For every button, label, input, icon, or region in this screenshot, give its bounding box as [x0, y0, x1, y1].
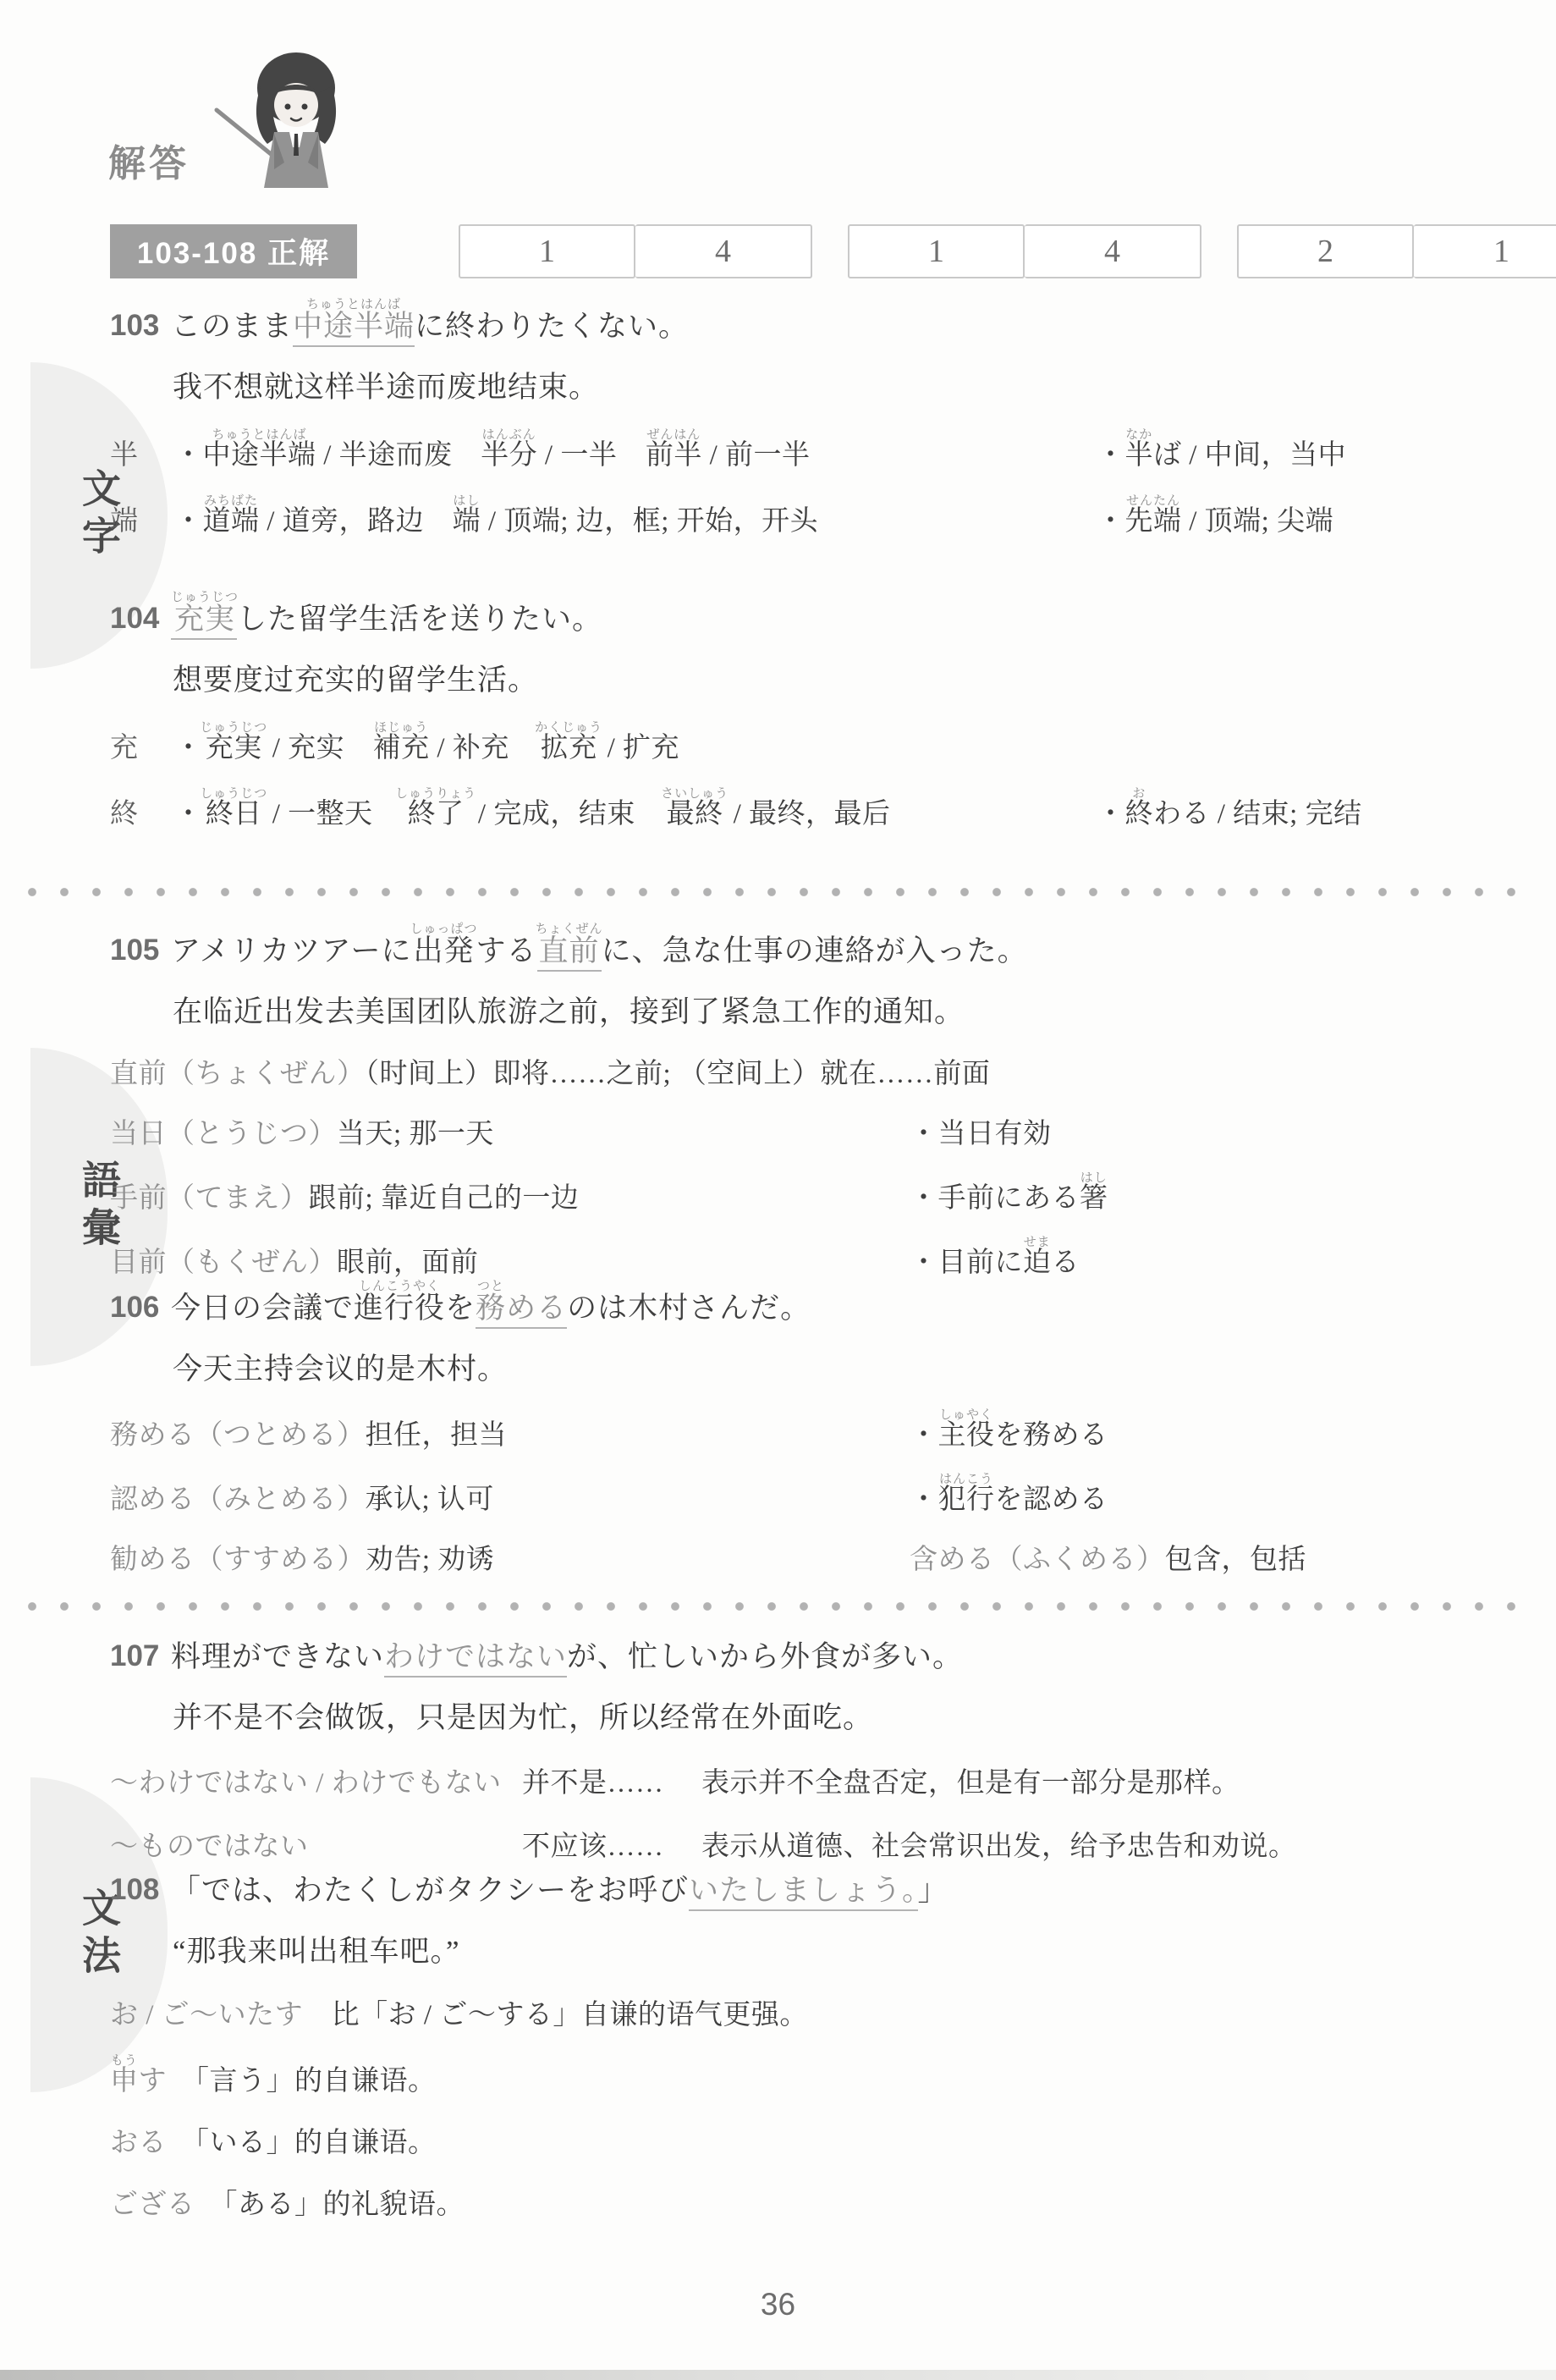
- answer-group-1: 1 4: [459, 224, 812, 278]
- grammar-note: ござる 「ある」的礼貌语。: [110, 2182, 465, 2222]
- vocab-example: ・主役しゅやくを務める: [910, 1408, 1531, 1452]
- question-number: 106: [110, 1291, 171, 1327]
- grammar-explanation: 表示并不全盘否定，但是有一部分是那样。: [701, 1760, 1531, 1800]
- page-number: 36: [0, 2287, 1556, 2322]
- chinese-translation: 今天主持会议的是木村。: [173, 1346, 1531, 1388]
- chinese-translation: 并不是不会做饭，只是因为忙，所以经常在外面吃。: [173, 1694, 1531, 1737]
- question-106: 106 今日の会議で進行役しんこうやくを務つとめるのは木村さんだ。 今天主持会议…: [110, 1280, 1531, 1577]
- vocab-example: ・犯行はんこうを認める: [910, 1473, 1531, 1517]
- vocab-definition: 当日（とうじつ）当天; 那一天: [110, 1111, 910, 1151]
- vocab-definition: 含める（ふくめる）包含，包括: [910, 1537, 1531, 1577]
- chinese-translation: 在临近出发去美国团队旅游之前，接到了紧急工作的通知。: [173, 989, 1531, 1031]
- question-number: 104: [110, 602, 171, 638]
- chinese-translation: “那我来叫出租车吧。”: [173, 1928, 1531, 1970]
- grammar-note: お / ご～いたす 比「お / ご～する」自谦的语气更强。: [110, 1992, 808, 2032]
- kanji-row: 充 ・充実じゅうじつ / 充实 補充ほじゅう / 补充 拡充かくじゅう / 扩充: [110, 721, 1531, 765]
- question-number: 107: [110, 1639, 171, 1676]
- vocab-row: 勧める（すすめる）劝告; 劝诱 含める（ふくめる）包含，包括: [110, 1537, 1531, 1577]
- vocab-example: ・目前に迫せまる: [910, 1236, 1531, 1280]
- grammar-meaning: 不应该……: [522, 1824, 701, 1864]
- grammar-row: ～ものではない 不应该…… 表示从道德、社会常识出发，给予忠告和劝说。: [110, 1824, 1531, 1864]
- grammar-meaning: 并不是……: [522, 1760, 701, 1800]
- vocab-definition: 目前（もくぜん）眼前，面前: [110, 1240, 910, 1280]
- grammar-row: ～わけではない / わけでもない 并不是…… 表示并不全盘否定，但是有一部分是那…: [110, 1760, 1531, 1800]
- japanese-sentence: アメリカツアーに出発しゅっぱつする直前ちょくぜんに、急な仕事の連絡が入った。: [171, 923, 1028, 970]
- answer-cell: 2: [1237, 224, 1414, 278]
- answer-key-strip: 103-108 正解 1 4 1 4 2 1: [110, 224, 1556, 278]
- kanji-examples: ・先端せんたん / 顶端; 尖端: [1097, 494, 1531, 538]
- answer-cell: 4: [1025, 224, 1201, 278]
- chinese-translation: 我不想就这样半途而废地结束。: [173, 364, 1531, 406]
- vocab-definition: 直前（ちょくぜん）（时间上）即将……之前; （空间上）就在……前面: [110, 1051, 1531, 1091]
- scan-edge: [0, 2370, 1556, 2380]
- kanji-row: 半 ・中途半端ちゅうとはんば / 半途而废 半分はんぶん / 一半 前半ぜんはん…: [110, 428, 1531, 472]
- question-number: 103: [110, 309, 171, 345]
- question-104: 104 充実じゅうじつした留学生活を送りたい。 想要度过充实的留学生活。 充 ・…: [110, 591, 1531, 831]
- textbook-answer-page: 文字 語彙 文法 解答 103-108 正解 1 4: [0, 0, 1556, 2380]
- answer-range-badge: 103-108 正解: [110, 224, 357, 278]
- answer-cell: 4: [635, 224, 812, 278]
- answer-group-2: 1 4: [848, 224, 1201, 278]
- kanji-examples: ・道端みちばた / 道旁，路边 端はし / 顶端; 边，框; 开始，开头: [174, 494, 1097, 538]
- japanese-sentence: 充実じゅうじつした留学生活を送りたい。: [171, 591, 602, 638]
- vocab-row: 手前（てまえ）跟前; 靠近自己的一边 ・手前にある箸はし: [110, 1171, 1531, 1215]
- kanji-label: 端: [110, 499, 174, 538]
- kanji-examples: ・半なかば / 中间，当中: [1097, 428, 1531, 472]
- grammar-row: 申もうす 「言う」的自谦语。: [110, 2054, 1531, 2098]
- japanese-sentence: 「では、わたくしがタクシーをお呼びいたしましょう。」: [171, 1872, 948, 1909]
- kanji-label: 充: [110, 725, 174, 765]
- grammar-explanation: 表示从道德、社会常识出发，给予忠告和劝说。: [701, 1824, 1531, 1864]
- question-number: 108: [110, 1873, 171, 1909]
- kanji-label: 終: [110, 791, 174, 831]
- grammar-row: ござる 「ある」的礼貌语。: [110, 2182, 1531, 2222]
- kanji-examples: ・終日しゅうじつ / 一整天 終了しゅうりょう / 完成，结束 最終さいしゅう …: [174, 787, 1097, 831]
- vocab-row: 直前（ちょくぜん）（时间上）即将……之前; （空间上）就在……前面: [110, 1051, 1531, 1091]
- vocab-definition: 認める（みとめる）承认; 认可: [110, 1477, 910, 1517]
- kanji-row: 端 ・道端みちばた / 道旁，路边 端はし / 顶端; 边，框; 开始，开头 ・…: [110, 494, 1531, 538]
- question-number: 105: [110, 934, 171, 970]
- dotted-divider: [27, 887, 1529, 898]
- question-108: 108 「では、わたくしがタクシーをお呼びいたしましょう。」 “那我来叫出租车吧…: [110, 1872, 1531, 2222]
- teacher-illustration: [201, 44, 354, 192]
- answer-group-3: 2 1: [1237, 224, 1556, 278]
- answer-cell: 1: [459, 224, 635, 278]
- page-header: 解答: [108, 44, 354, 192]
- grammar-pattern: ～わけではない / わけでもない: [110, 1760, 522, 1800]
- japanese-sentence: 料理ができないわけではないが、忙しいから外食が多い。: [171, 1639, 963, 1676]
- vocab-definition: 手前（てまえ）跟前; 靠近自己的一边: [110, 1176, 910, 1215]
- grammar-note: 申もうす 「言う」的自谦语。: [110, 2054, 437, 2098]
- answer-section-title: 解答: [108, 133, 190, 192]
- kanji-label: 半: [110, 432, 174, 472]
- vocab-example: ・手前にある箸はし: [910, 1171, 1531, 1215]
- answer-cell: 1: [848, 224, 1025, 278]
- vocab-definition: 務める（つとめる）担任，担当: [110, 1413, 910, 1452]
- grammar-pattern: ～ものではない: [110, 1824, 522, 1864]
- kanji-row: 終 ・終日しゅうじつ / 一整天 終了しゅうりょう / 完成，结束 最終さいしゅ…: [110, 787, 1531, 831]
- vocab-example: ・当日有効: [910, 1111, 1531, 1151]
- grammar-note: おる 「いる」的自谦语。: [110, 2120, 437, 2160]
- dotted-divider: [27, 1601, 1529, 1612]
- grammar-row: お / ご～いたす 比「お / ご～する」自谦的语气更强。: [110, 1992, 1531, 2032]
- vocab-row: 当日（とうじつ）当天; 那一天 ・当日有効: [110, 1111, 1531, 1151]
- question-107: 107 料理ができないわけではないが、忙しいから外食が多い。 并不是不会做饭，只…: [110, 1639, 1531, 1864]
- kanji-examples: ・充実じゅうじつ / 充实 補充ほじゅう / 补充 拡充かくじゅう / 扩充: [174, 721, 1097, 765]
- question-103: 103 このまま中途半端ちゅうとはんばに終わりたくない。 我不想就这样半途而废地…: [110, 298, 1531, 538]
- kanji-examples: ・中途半端ちゅうとはんば / 半途而废 半分はんぶん / 一半 前半ぜんはん /…: [174, 428, 1097, 472]
- vocab-row: 目前（もくぜん）眼前，面前 ・目前に迫せまる: [110, 1236, 1531, 1280]
- grammar-row: おる 「いる」的自谦语。: [110, 2120, 1531, 2160]
- answer-cell: 1: [1414, 224, 1556, 278]
- question-105: 105 アメリカツアーに出発しゅっぱつする直前ちょくぜんに、急な仕事の連絡が入っ…: [110, 923, 1531, 1280]
- kanji-examples: ・終おわる / 结束; 完结: [1097, 787, 1531, 831]
- chinese-translation: 想要度过充实的留学生活。: [173, 657, 1531, 699]
- vocab-row: 務める（つとめる）担任，担当 ・主役しゅやくを務める: [110, 1408, 1531, 1452]
- vocab-definition: 勧める（すすめる）劝告; 劝诱: [110, 1537, 910, 1577]
- vocab-row: 認める（みとめる）承认; 认可 ・犯行はんこうを認める: [110, 1473, 1531, 1517]
- japanese-sentence: このまま中途半端ちゅうとはんばに終わりたくない。: [171, 298, 689, 345]
- japanese-sentence: 今日の会議で進行役しんこうやくを務つとめるのは木村さんだ。: [171, 1280, 811, 1327]
